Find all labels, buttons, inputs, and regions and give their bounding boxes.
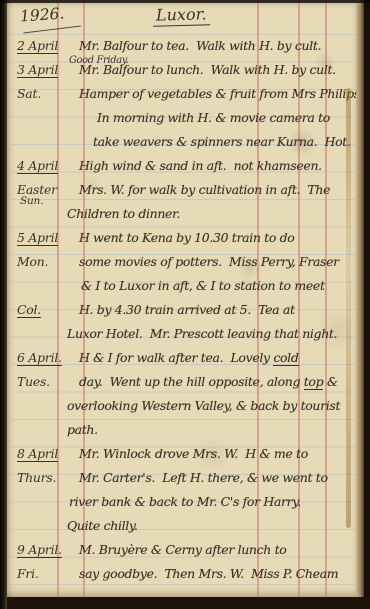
diary-line: EasterSun.Mrs. W. for walk by cultivatio… bbox=[17, 182, 354, 206]
entry-text: Luxor Hotel. Mr. Prescott leaving that n… bbox=[67, 326, 337, 341]
diary-line: 6 April.H & I for walk after tea. Lovely… bbox=[17, 350, 354, 374]
page-title: Luxor. bbox=[153, 4, 210, 26]
entry-date: 2 April bbox=[17, 38, 79, 53]
diary-line: Good Friday.3 AprilMr. Balfour to lunch.… bbox=[17, 62, 354, 86]
diary-line: 4 AprilHigh wind & sand in aft. not kham… bbox=[17, 158, 354, 182]
entry-text: In morning with H. & movie camera to bbox=[97, 110, 330, 125]
diary-line: & I to Luxor in aft, & I to station to m… bbox=[17, 278, 354, 302]
entry-text: river bank & back to Mr. C's for Harry. bbox=[69, 494, 301, 509]
diary-line: Mon.some movies of potters. Miss Perry, … bbox=[17, 254, 354, 278]
page-edge bbox=[356, 0, 364, 597]
year-underline-flourish bbox=[23, 23, 81, 33]
entry-text: H. by 4.30 train arrived at 5. Tea at bbox=[79, 302, 295, 317]
entry-text: M. Bruyère & Cerny after lunch to bbox=[79, 542, 286, 557]
entry-date: Thurs. bbox=[17, 470, 79, 485]
entry-date: EasterSun. bbox=[17, 182, 79, 197]
entry-date: 5 April bbox=[17, 230, 79, 245]
diary-line: 9 April.M. Bruyère & Cerny after lunch t… bbox=[17, 542, 354, 566]
entry-text: Children to dinner. bbox=[67, 206, 180, 221]
entry-date: 8 April bbox=[17, 446, 79, 461]
diary-line: Tues.day. Went up the hill opposite, alo… bbox=[17, 374, 354, 398]
background-edge-right bbox=[364, 0, 370, 609]
entry-text: Mr. Winlock drove Mrs. W. H & me to bbox=[79, 446, 308, 461]
diary-entries: 2 AprilMr. Balfour to tea. Walk with H. … bbox=[17, 38, 354, 590]
entry-date: 9 April. bbox=[17, 542, 79, 557]
background-edge-bottom bbox=[0, 597, 370, 609]
diary-line: In morning with H. & movie camera to bbox=[17, 110, 354, 134]
entry-text: Hamper of vegetables & fruit from Mrs Ph… bbox=[79, 86, 356, 101]
diary-line: 2 AprilMr. Balfour to tea. Walk with H. … bbox=[17, 38, 354, 62]
entry-text: some movies of potters. Miss Perry, Fras… bbox=[79, 254, 339, 269]
entry-date: 3 April bbox=[17, 62, 79, 77]
entry-text: & I to Luxor in aft, & I to station to m… bbox=[81, 278, 325, 293]
entry-text: H & I for walk after tea. Lovely cold bbox=[79, 350, 299, 365]
entry-text: High wind & sand in aft. not khamseen. bbox=[79, 158, 322, 173]
entry-text: Mr. Balfour to tea. Walk with H. by cult… bbox=[79, 38, 321, 53]
diary-line: Quite chilly. bbox=[17, 518, 354, 542]
background-edge-top bbox=[0, 0, 370, 3]
entry-date: Fri. bbox=[17, 566, 79, 581]
diary-line: path. bbox=[17, 422, 354, 446]
year-label: 1926. bbox=[19, 4, 65, 25]
diary-line: Thurs.Mr. Carter's. Left H. there, & we … bbox=[17, 470, 354, 494]
diary-line: overlooking Western Valley, & back by to… bbox=[17, 398, 354, 422]
diary-line: river bank & back to Mr. C's for Harry. bbox=[17, 494, 354, 518]
diary-line: 8 AprilMr. Winlock drove Mrs. W. H & me … bbox=[17, 446, 354, 470]
entry-text: say goodbye. Then Mrs. W. Miss P. Cheam bbox=[79, 566, 338, 581]
entry-text: Quite chilly. bbox=[67, 518, 138, 533]
diary-page: 1926. Luxor. 2 AprilMr. Balfour to tea. … bbox=[7, 0, 356, 597]
entry-date: Tues. bbox=[17, 374, 79, 389]
diary-line: 5 AprilH went to Kena by 10.30 train to … bbox=[17, 230, 354, 254]
pressed-streak bbox=[346, 88, 351, 528]
entry-text: day. Went up the hill opposite, along to… bbox=[79, 374, 338, 389]
diary-line: Fri.say goodbye. Then Mrs. W. Miss P. Ch… bbox=[17, 566, 354, 590]
entry-text: Mr. Carter's. Left H. there, & we went t… bbox=[79, 470, 328, 485]
diary-line: take weavers & spinners near Kurna. Hot. bbox=[17, 134, 354, 158]
entry-date: Sat. bbox=[17, 86, 79, 101]
entry-date: 4 April bbox=[17, 158, 79, 173]
entry-date: Col. bbox=[17, 302, 79, 317]
diary-line: Luxor Hotel. Mr. Prescott leaving that n… bbox=[17, 326, 354, 350]
entry-text: Mrs. W. for walk by cultivation in aft. … bbox=[79, 182, 330, 197]
entry-text: H went to Kena by 10.30 train to do bbox=[79, 230, 295, 245]
entry-text: take weavers & spinners near Kurna. Hot. bbox=[93, 134, 351, 149]
entry-date: 6 April. bbox=[17, 350, 79, 365]
binding-spine bbox=[0, 0, 7, 609]
diary-scan: 1926. Luxor. 2 AprilMr. Balfour to tea. … bbox=[0, 0, 370, 609]
diary-line: Sat.Hamper of vegetables & fruit from Mr… bbox=[17, 86, 354, 110]
entry-text: overlooking Western Valley, & back by to… bbox=[67, 398, 340, 413]
diary-line: Children to dinner. bbox=[17, 206, 354, 230]
diary-line: Col.H. by 4.30 train arrived at 5. Tea a… bbox=[17, 302, 354, 326]
entry-text: path. bbox=[67, 422, 98, 437]
entry-date: Mon. bbox=[17, 254, 79, 269]
